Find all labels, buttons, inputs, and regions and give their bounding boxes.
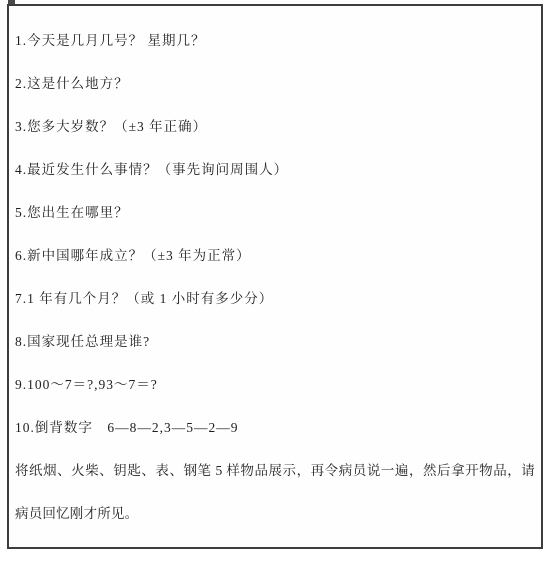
question-9: 9.100～7＝?,93～7＝? (15, 363, 535, 406)
question-3: 3.您多大岁数？（±3 年正确） (15, 105, 535, 148)
question-2: 2.这是什么地方？ (15, 62, 535, 105)
question-10: 10.倒背数字 6—8—2,3—5—2—9 (15, 406, 535, 449)
question-6: 6.新中国哪年成立？（±3 年为正常） (15, 234, 535, 277)
instruction-paragraph: 将纸烟、火柴、钥匙、表、钢笔 5 样物品展示，再令病员说一遍，然后拿开物品，请病… (15, 449, 535, 535)
question-7: 7.1 年有几个月？（或 1 小时有多少分） (15, 277, 535, 320)
question-4: 4.最近发生什么事情？（事先询问周围人） (15, 148, 535, 191)
questionnaire-sheet: 1.今天是几月几号？ 星期几？ 2.这是什么地方？ 3.您多大岁数？（±3 年正… (7, 4, 543, 549)
question-5: 5.您出生在哪里？ (15, 191, 535, 234)
question-8: 8.国家现任总理是谁? (15, 320, 535, 363)
question-1: 1.今天是几月几号？ 星期几？ (15, 19, 535, 62)
